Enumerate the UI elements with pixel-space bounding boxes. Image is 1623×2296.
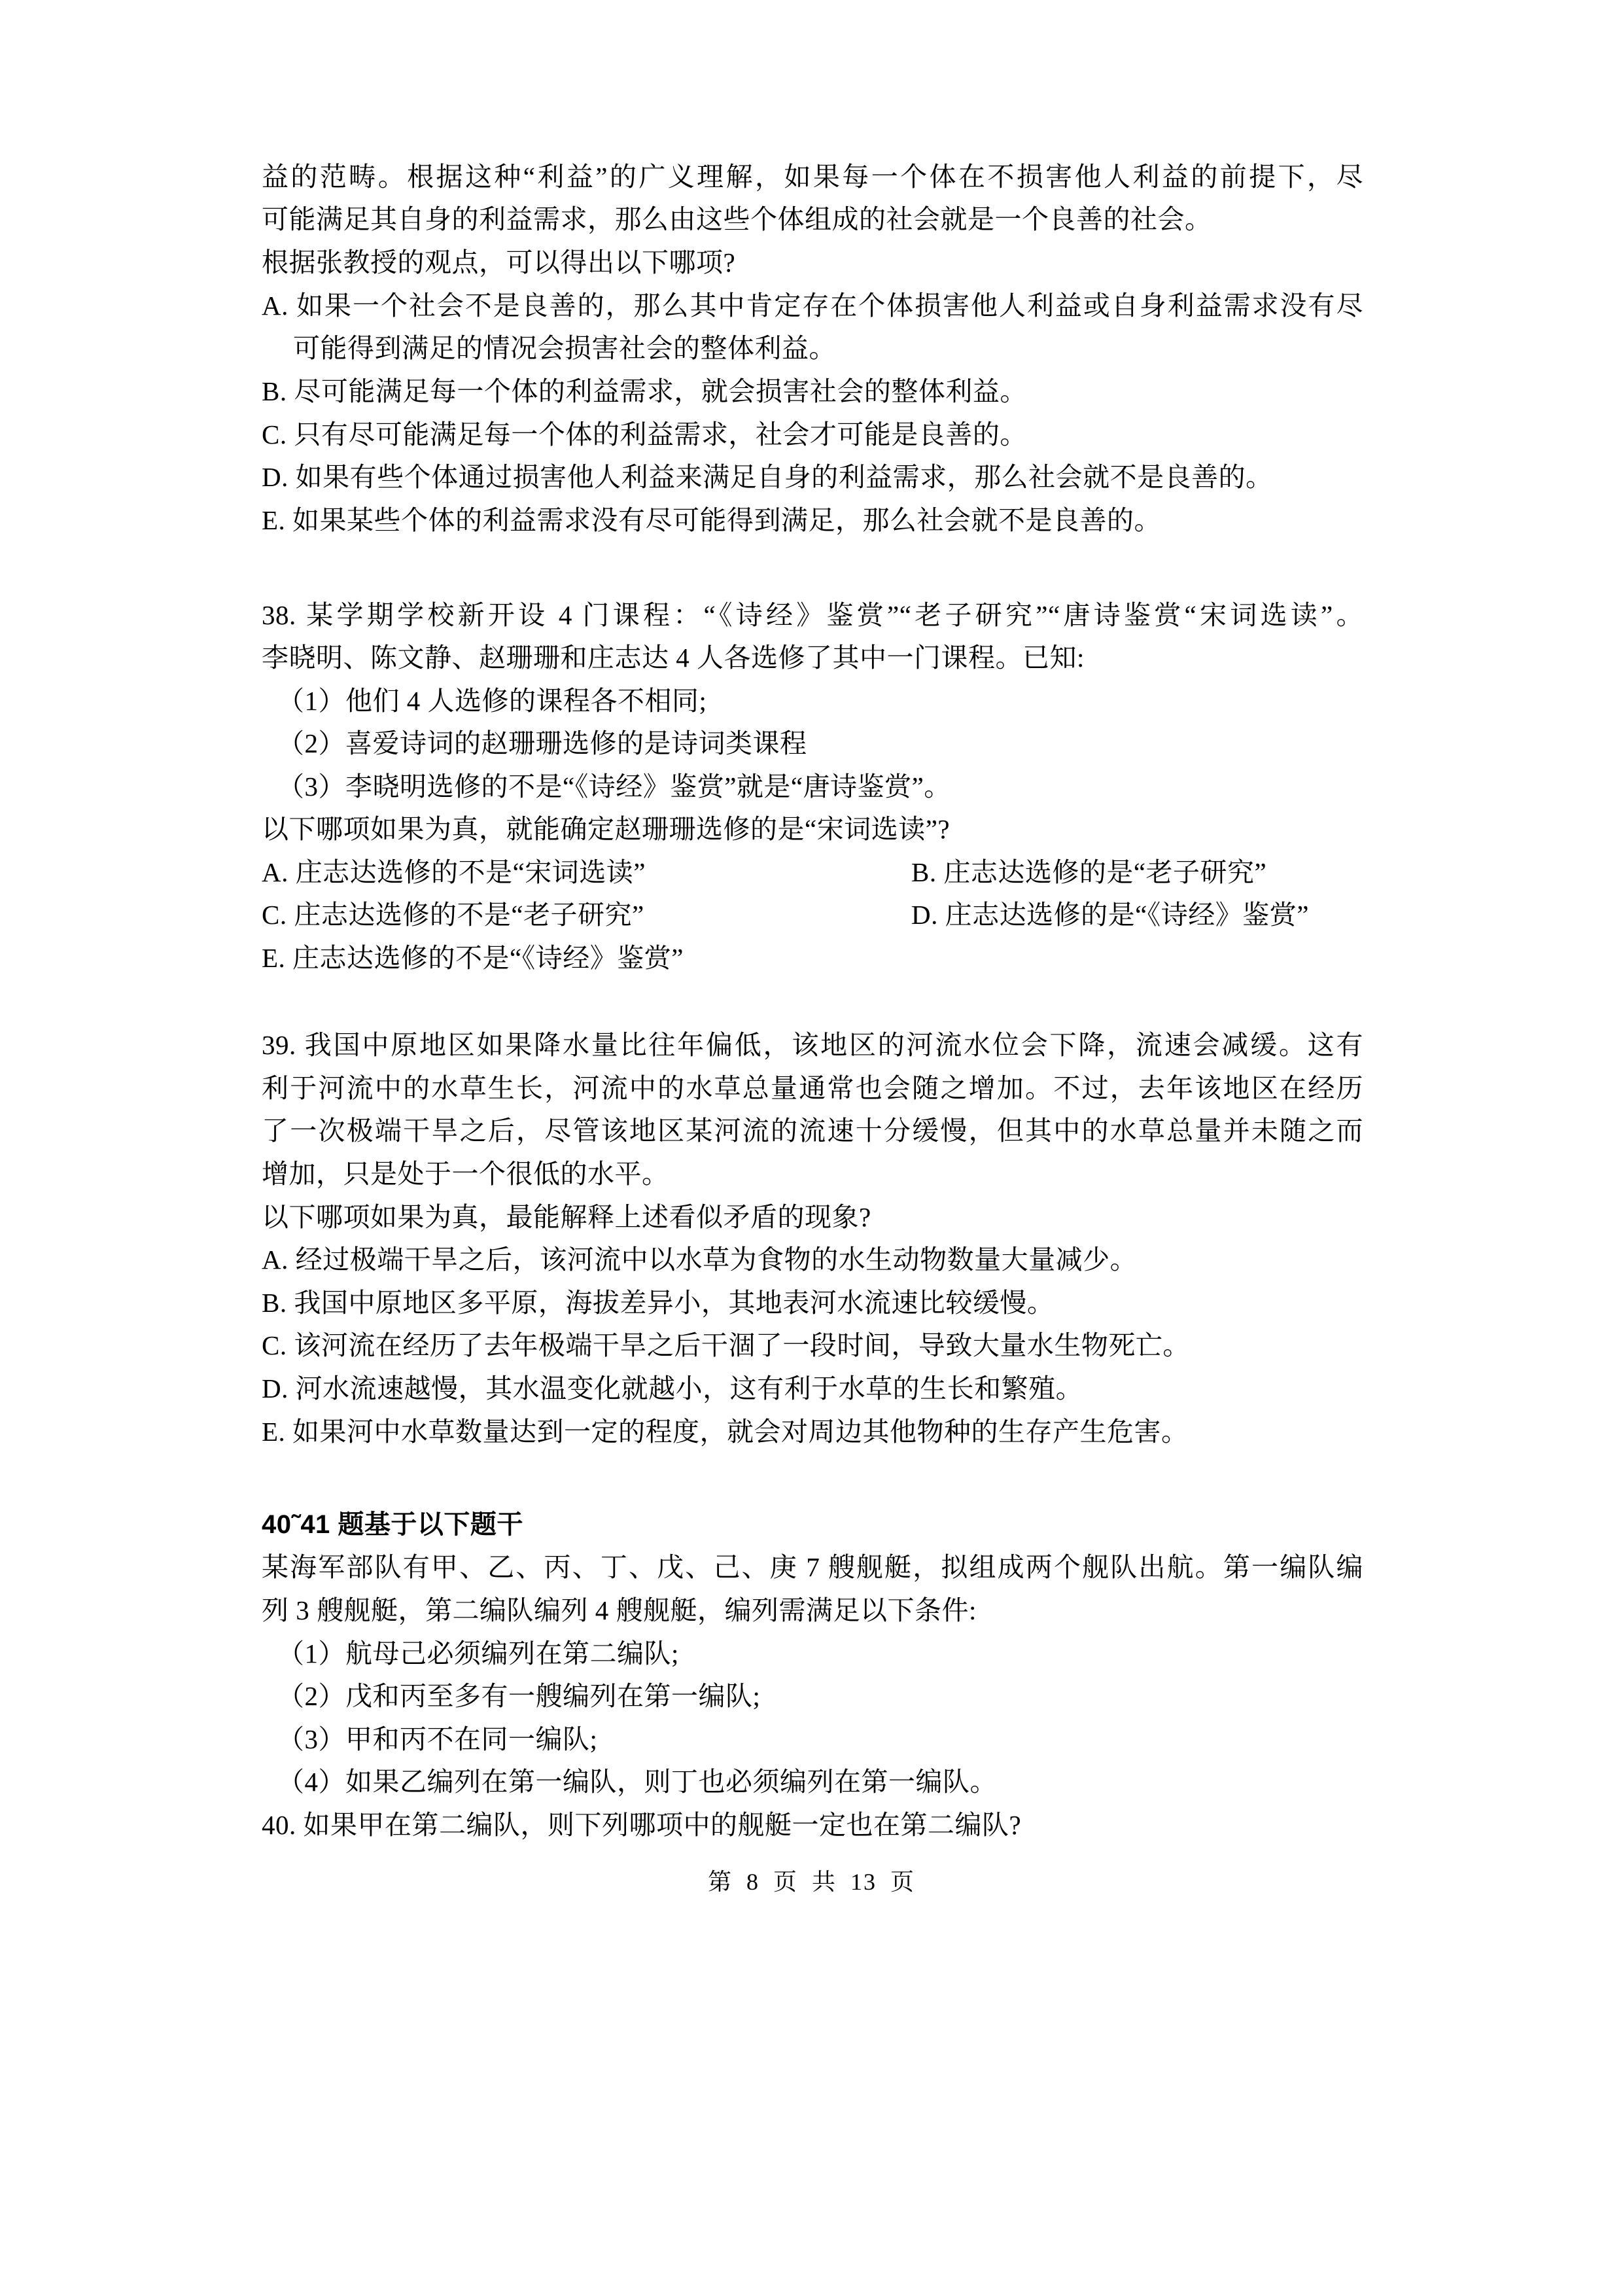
condition-2: （2）戊和丙至多有一艘编列在第一编队; <box>277 1678 760 1714</box>
option-b: B. 庄志达选修的是“老子研究” <box>911 854 1266 891</box>
question-prompt: 以下哪项如果为真，最能解释上述看似矛盾的现象? <box>262 1199 871 1235</box>
option-b: B. 尽可能满足每一个体的利益需求，就会损害社会的整体利益。 <box>262 373 1027 410</box>
condition-2: （2）喜爱诗词的赵珊珊选修的是诗词类课程 <box>277 725 807 762</box>
condition-1: （1）航母己必须编列在第二编队; <box>277 1635 679 1672</box>
question-prompt: 根据张教授的观点，可以得出以下哪项? <box>262 244 735 281</box>
option-d: D. 如果有些个体通过损害他人利益来满足自身的利益需求，那么社会就不是良善的。 <box>262 459 1273 495</box>
option-b: B. 我国中原地区多平原，海拔差异小，其地表河水流速比较缓慢。 <box>262 1284 1054 1321</box>
option-e: E. 庄志达选修的不是“《诗经》鉴赏” <box>262 940 684 976</box>
condition-3: （3）李晓明选修的不是“《诗经》鉴赏”就是“唐诗鉴赏”。 <box>277 768 951 805</box>
question-40: 40. 如果甲在第二编队，则下列哪项中的舰艇一定也在第二编队? <box>262 1807 1021 1843</box>
option-e: E. 如果河中水草数量达到一定的程度，就会对周边其他物种的生存产生危害。 <box>262 1413 1189 1450</box>
option-c: C. 该河流在经历了去年极端干旱之后干涸了一段时间，导致大量水生物死亡。 <box>262 1327 1190 1364</box>
option-a: A. 经过极端干旱之后，该河流中以水草为食物的水生动物数量大量减少。 <box>262 1241 1137 1278</box>
option-a: A. 如果一个社会不是良善的，那么其中肯定存在个体损害他人利益或自身利益需求没有… <box>262 287 1363 324</box>
stem-line: 了一次极端干旱之后，尽管该地区某河流的流速十分缓慢，但其中的水草总量并未随之而 <box>262 1112 1363 1149</box>
section-heading: 40˜41 题基于以下题干 <box>262 1506 523 1543</box>
stem-line: 某海军部队有甲、乙、丙、丁、戊、己、庚 7 艘舰艇，拟组成两个舰队出航。第一编队… <box>262 1549 1363 1585</box>
stem-line: 利于河流中的水草生长，河流中的水草总量通常也会随之增加。不过，去年该地区在经历 <box>262 1070 1363 1106</box>
option-a-continued: 可能得到满足的情况会损害社会的整体利益。 <box>293 330 836 366</box>
stem-line: 增加，只是处于一个很低的水平。 <box>262 1156 669 1192</box>
stem-line: 列 3 艘舰艇，第二编队编列 4 艘舰艇，编列需满足以下条件: <box>262 1592 977 1629</box>
exam-page: 益的范畴。根据这种“利益”的广义理解，如果每一个体在不损害他人利益的前提下，尽 … <box>0 0 1623 2296</box>
option-d: D. 庄志达选修的是“《诗经》鉴赏” <box>911 896 1309 933</box>
stem-line: 益的范畴。根据这种“利益”的广义理解，如果每一个体在不损害他人利益的前提下，尽 <box>262 158 1363 195</box>
stem-line: 李晓明、陈文静、赵珊珊和庄志达 4 人各选修了其中一门课程。已知: <box>262 639 1085 676</box>
condition-1: （1）他们 4 人选修的课程各不相同; <box>277 682 707 719</box>
option-c: C. 只有尽可能满足每一个体的利益需求，社会才可能是良善的。 <box>262 416 1027 453</box>
condition-3: （3）甲和丙不在同一编队; <box>277 1721 597 1757</box>
question-prompt: 以下哪项如果为真，就能确定赵珊珊选修的是“宋词选读”? <box>262 811 950 847</box>
question-38-stem: 38. 某学期学校新开设 4 门课程：“《诗经》鉴赏”“老子研究”“唐诗鉴赏“宋… <box>262 597 1363 633</box>
option-d: D. 河水流速越慢，其水温变化就越小，这有利于水草的生长和繁殖。 <box>262 1370 1083 1407</box>
page-number-footer: 第 8 页 共 13 页 <box>0 1865 1623 1899</box>
condition-4: （4）如果乙编列在第一编队，则丁也必须编列在第一编队。 <box>277 1763 997 1800</box>
question-39-stem: 39. 我国中原地区如果降水量比往年偏低，该地区的河流水位会下降，流速会减缓。这… <box>262 1027 1363 1063</box>
option-e: E. 如果某些个体的利益需求没有尽可能得到满足，那么社会就不是良善的。 <box>262 502 1161 539</box>
stem-line: 可能满足其自身的利益需求，那么由这些个体组成的社会就是一个良善的社会。 <box>262 201 1212 238</box>
option-c: C. 庄志达选修的不是“老子研究” <box>262 896 644 933</box>
option-a: A. 庄志达选修的不是“宋词选读” <box>262 854 646 891</box>
